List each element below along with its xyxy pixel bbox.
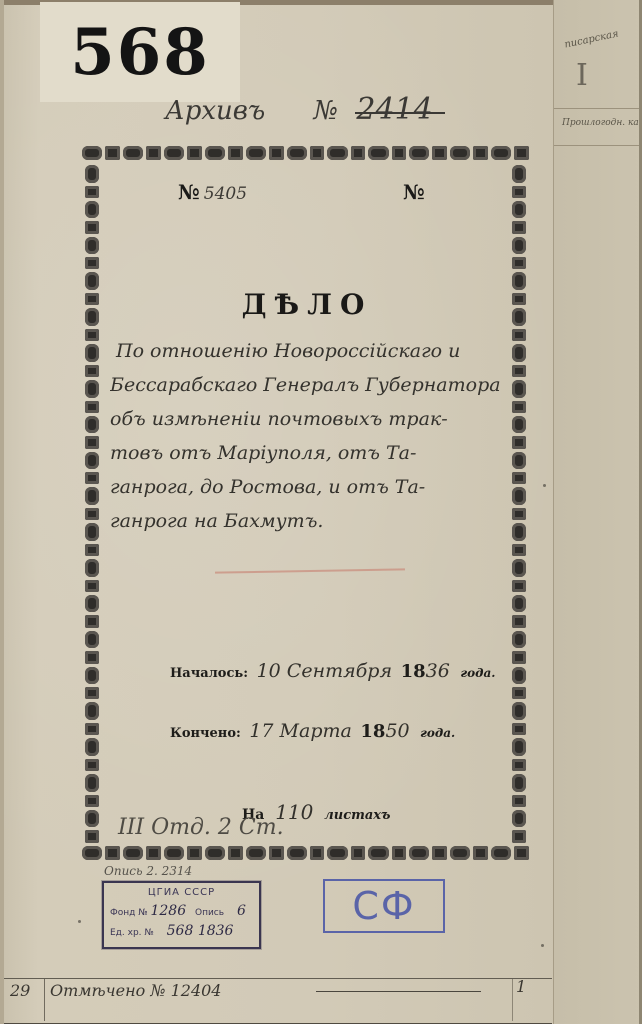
ornament-link bbox=[351, 846, 366, 860]
ink-speck bbox=[543, 484, 546, 487]
pencil-note: Опись 2. 2314 bbox=[104, 864, 192, 878]
ornament-link bbox=[473, 846, 488, 860]
case-subject: По отношенію Новороссійскаго и Бессарабс… bbox=[110, 334, 520, 538]
ornament-link bbox=[392, 146, 407, 160]
ornament-link bbox=[246, 146, 266, 160]
ornament-link bbox=[85, 165, 99, 183]
ornament-link bbox=[512, 559, 526, 577]
margin-numeral: I bbox=[576, 58, 588, 93]
subject-line: ганрога на Бахмутъ. bbox=[110, 504, 520, 538]
ornament-link bbox=[514, 846, 529, 860]
ornament-link bbox=[409, 146, 429, 160]
ink-speck bbox=[78, 920, 81, 923]
ornament-link bbox=[85, 344, 99, 362]
page-left-edge bbox=[0, 0, 4, 1024]
end-date-row: Кончено: 17 Марта 1850 года. bbox=[170, 720, 455, 742]
ornament-link bbox=[512, 631, 526, 649]
start-unit: года. bbox=[460, 666, 495, 680]
ornament-link bbox=[187, 846, 202, 860]
fond-value: 1286 bbox=[150, 903, 186, 919]
ornament-link bbox=[514, 146, 529, 160]
archive-number-line: Архивъ № 2414 bbox=[165, 92, 433, 127]
end-date: 17 Марта bbox=[249, 720, 352, 742]
department-note: III Отд. 2 Ст. bbox=[118, 815, 284, 840]
ornament-link bbox=[512, 702, 526, 720]
subject-line: Бессарабскаго Генералъ Губернатора bbox=[110, 368, 520, 402]
ornament-link bbox=[205, 846, 225, 860]
ornament-link bbox=[287, 146, 307, 160]
ornament-link bbox=[512, 759, 526, 771]
ornament-link bbox=[512, 544, 526, 556]
ornament-link bbox=[85, 452, 99, 470]
sheets-unit: листахъ bbox=[324, 808, 390, 823]
ornament-link bbox=[432, 846, 447, 860]
frame-border-top bbox=[82, 143, 529, 163]
ornament-link bbox=[85, 523, 99, 541]
end-year-suffix: 50 bbox=[385, 720, 409, 742]
end-year-prefix: 18 bbox=[360, 721, 385, 742]
registry-divider bbox=[44, 979, 45, 1021]
ornament-link bbox=[85, 667, 99, 685]
ornament-link bbox=[164, 146, 184, 160]
ornament-link bbox=[85, 559, 99, 577]
ornament-link bbox=[512, 257, 526, 269]
ornament-link bbox=[512, 810, 526, 828]
ornament-link bbox=[327, 146, 347, 160]
ornament-link bbox=[246, 846, 266, 860]
ornament-link bbox=[85, 580, 99, 592]
registry-prefix: 29 bbox=[10, 981, 30, 1000]
ornament-link bbox=[85, 544, 99, 556]
archive-stamp-header: ЦГИА СССР bbox=[104, 887, 259, 898]
ornament-link bbox=[409, 846, 429, 860]
ornament-link bbox=[85, 810, 99, 828]
ornament-link bbox=[205, 146, 225, 160]
ornament-link bbox=[512, 667, 526, 685]
ornament-link bbox=[85, 830, 99, 842]
ornament-link bbox=[269, 846, 284, 860]
ornament-link bbox=[85, 759, 99, 771]
ornament-link bbox=[85, 221, 99, 233]
ornament-link bbox=[310, 146, 325, 160]
ornament-link bbox=[228, 846, 243, 860]
ornament-link bbox=[450, 146, 470, 160]
ornament-link bbox=[512, 687, 526, 699]
ornament-link bbox=[351, 146, 366, 160]
ornament-link bbox=[512, 580, 526, 592]
delo-value: 568 1836 bbox=[167, 923, 234, 939]
ornament-link bbox=[82, 846, 102, 860]
ornament-link bbox=[123, 146, 143, 160]
ornament-link bbox=[85, 651, 99, 663]
ornament-link bbox=[85, 401, 99, 413]
ornament-link bbox=[310, 846, 325, 860]
start-year-suffix: 36 bbox=[426, 660, 450, 682]
ornament-link bbox=[85, 186, 99, 198]
ornament-link bbox=[85, 738, 99, 756]
frame-border-left bbox=[82, 165, 102, 843]
ornament-link bbox=[228, 146, 243, 160]
ornament-link bbox=[473, 146, 488, 160]
ornament-link bbox=[85, 257, 99, 269]
ornament-link bbox=[85, 472, 99, 484]
opis-label: Опись bbox=[195, 908, 224, 918]
archive-stamp: ЦГИА СССР Фонд № 1286 Опись 6 Ед. хр. № … bbox=[102, 881, 261, 949]
start-year-prefix: 18 bbox=[401, 661, 426, 682]
ornament-link bbox=[85, 687, 99, 699]
registry-dash bbox=[316, 991, 481, 992]
ornament-link bbox=[512, 201, 526, 219]
ornament-link bbox=[327, 846, 347, 860]
ornament-link bbox=[287, 846, 307, 860]
document-title: ДѢЛО bbox=[0, 288, 642, 321]
ornament-link bbox=[85, 416, 99, 434]
subject-line: объ измѣненіи почтовыхъ трак- bbox=[110, 402, 520, 436]
frame-border-bottom bbox=[82, 843, 529, 863]
margin-note-top: писарская bbox=[563, 28, 619, 50]
ornament-link bbox=[432, 146, 447, 160]
ornament-link bbox=[85, 365, 99, 377]
start-label: Началось bbox=[170, 666, 243, 681]
fond-label: Фонд № bbox=[110, 908, 148, 918]
ornament-link bbox=[146, 846, 161, 860]
strike-through bbox=[355, 112, 445, 114]
opis-value: 6 bbox=[237, 903, 246, 919]
document-page: писарская I Прошлогодн. канцеляр. 568 Ар… bbox=[0, 0, 642, 1024]
ornament-link bbox=[85, 201, 99, 219]
ornament-link bbox=[85, 595, 99, 613]
ornament-link bbox=[512, 595, 526, 613]
registry-divider bbox=[512, 979, 513, 1021]
case-number-right: № bbox=[403, 180, 425, 204]
fond-row: Фонд № 1286 Опись 6 bbox=[110, 903, 246, 919]
ornament-link bbox=[105, 846, 120, 860]
ornament-link bbox=[512, 830, 526, 842]
right-margin-strip: писарская I Прошлогодн. канцеляр. bbox=[553, 0, 642, 1024]
ornament-link bbox=[512, 738, 526, 756]
bottom-registry-line: 29 Отмѣчено № 12404 1 bbox=[4, 978, 552, 1024]
ornament-link bbox=[392, 846, 407, 860]
ornament-link bbox=[164, 846, 184, 860]
ornament-link bbox=[512, 723, 526, 735]
registry-text: Отмѣчено № 12404 bbox=[50, 981, 221, 1000]
ornament-link bbox=[85, 774, 99, 792]
ornament-link bbox=[512, 651, 526, 663]
ornament-link bbox=[85, 615, 99, 627]
ornament-link bbox=[491, 146, 511, 160]
end-unit: года. bbox=[420, 726, 455, 740]
ornament-link bbox=[85, 723, 99, 735]
ornament-link bbox=[512, 615, 526, 627]
ornament-link bbox=[85, 487, 99, 505]
ornament-link bbox=[512, 186, 526, 198]
case-number-left: №5405 bbox=[178, 180, 247, 204]
shelf-number: 568 bbox=[70, 15, 210, 90]
ornament-link bbox=[368, 846, 388, 860]
ornament-link bbox=[85, 436, 99, 448]
ornament-link bbox=[512, 221, 526, 233]
ornament-link bbox=[368, 146, 388, 160]
ornament-link bbox=[491, 846, 511, 860]
delo-label: Ед. хр. № bbox=[110, 928, 154, 938]
margin-note-below-rule: Прошлогодн. канцеляр. bbox=[562, 118, 642, 128]
case-number-value: 5405 bbox=[204, 184, 247, 204]
title-text: ДѢЛО bbox=[242, 288, 373, 321]
ornament-link bbox=[85, 631, 99, 649]
number-symbol: № bbox=[178, 180, 200, 204]
ornament-link bbox=[450, 846, 470, 860]
start-date-row: Началось: 10 Сентября 1836 года. bbox=[170, 660, 495, 682]
margin-rule bbox=[554, 108, 642, 109]
ornament-link bbox=[512, 795, 526, 807]
ornament-link bbox=[105, 146, 120, 160]
subject-line: товъ отъ Маріуполя, отъ Та- bbox=[110, 436, 520, 470]
ornament-link bbox=[85, 237, 99, 255]
subject-line: ганрога, до Ростова, и отъ Та- bbox=[110, 470, 520, 504]
ornament-link bbox=[146, 146, 161, 160]
subject-line: По отношенію Новороссійскаго и bbox=[110, 334, 520, 368]
registry-tail: 1 bbox=[516, 977, 526, 996]
ornament-link bbox=[269, 146, 284, 160]
ornament-link bbox=[85, 702, 99, 720]
archive-number: 2414 bbox=[356, 92, 432, 127]
margin-rule bbox=[554, 145, 642, 146]
shelf-label: 568 bbox=[40, 2, 240, 102]
ink-speck bbox=[541, 944, 544, 947]
ornament-link bbox=[187, 146, 202, 160]
ornament-link bbox=[82, 146, 102, 160]
ornament-link bbox=[512, 774, 526, 792]
ornament-link bbox=[512, 237, 526, 255]
ornament-link bbox=[85, 795, 99, 807]
archive-number-symbol: № bbox=[313, 96, 338, 126]
sf-stamp: СФ bbox=[323, 879, 445, 933]
ornament-link bbox=[123, 846, 143, 860]
end-label: Кончено bbox=[170, 726, 236, 741]
archive-prefix: Архивъ bbox=[165, 96, 265, 126]
ornament-link bbox=[512, 165, 526, 183]
start-date: 10 Сентября bbox=[257, 660, 392, 682]
ornament-link bbox=[85, 380, 99, 398]
ornament-link bbox=[85, 329, 99, 341]
ornament-link bbox=[85, 508, 99, 520]
delo-row: Ед. хр. № 568 1836 bbox=[110, 923, 233, 939]
